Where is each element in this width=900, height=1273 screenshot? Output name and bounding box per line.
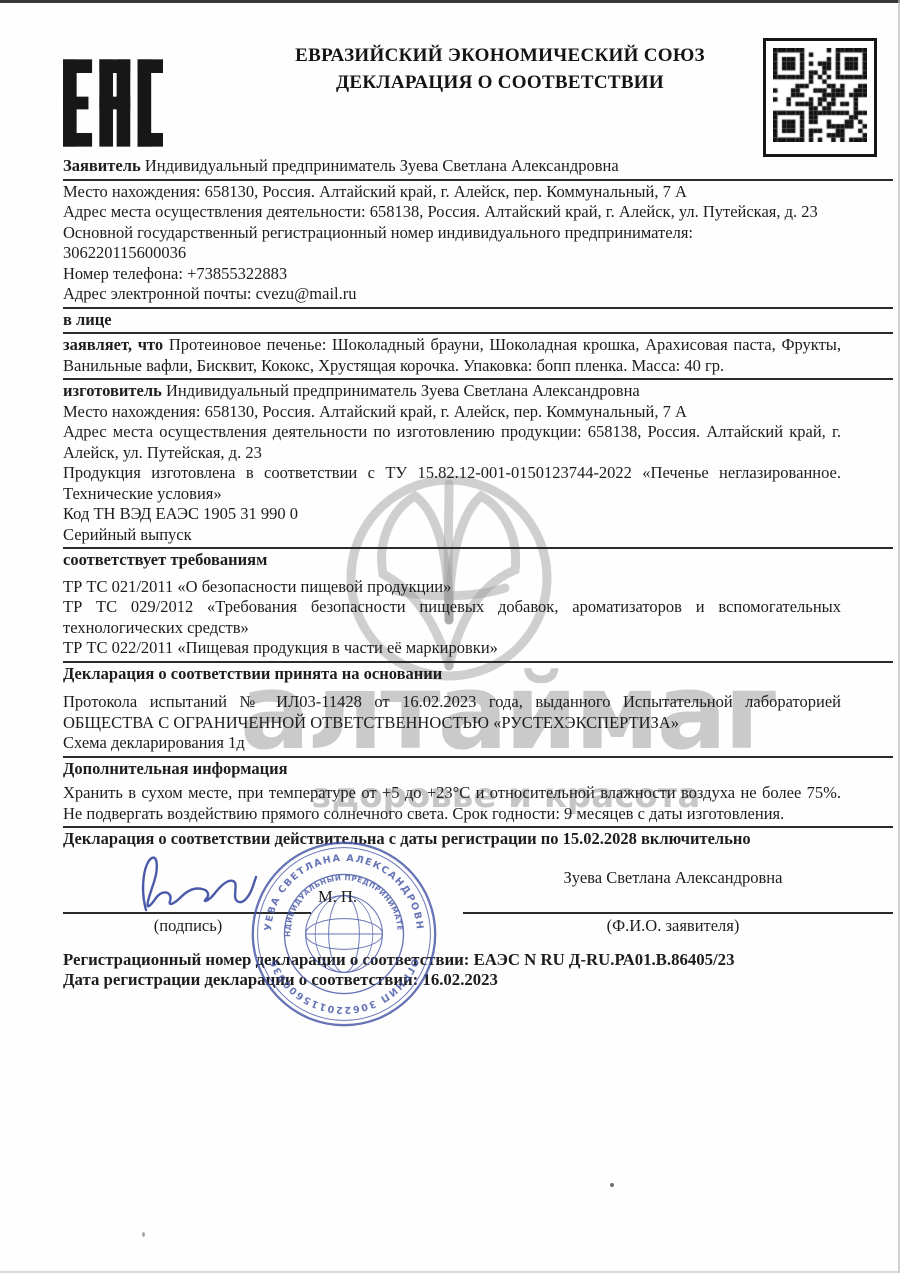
document-title: ЕВРАЗИЙСКИЙ ЭКОНОМИЧЕСКИЙ СОЮЗ ДЕКЛАРАЦИ… <box>210 42 790 96</box>
validity-line: Декларация о соответствии действительна … <box>63 829 893 850</box>
stamp-place-label: М. П. <box>318 887 357 908</box>
divider <box>63 547 893 549</box>
qr-code <box>773 48 867 142</box>
spacer <box>63 684 893 692</box>
divider <box>63 307 893 309</box>
qr-code-frame <box>763 38 877 157</box>
divider <box>63 378 893 380</box>
additional-info-text: Хранить в сухом месте, при температуре о… <box>63 783 893 824</box>
tnved-code-line: Код ТН ВЭД ЕАЭС 1905 31 990 0 <box>63 504 893 525</box>
divider <box>63 756 893 758</box>
complies-label: соответствует требованиям <box>63 550 893 571</box>
manufacturer-line: изготовитель Индивидуальный предпринимат… <box>63 381 893 402</box>
applicant-phone: Номер телефона: +73855322883 <box>63 264 893 285</box>
signature-scribble <box>128 848 288 920</box>
applicant-line: Заявитель Индивидуальный предприниматель… <box>63 156 893 177</box>
divider <box>63 661 893 663</box>
serial-issue-line: Серийный выпуск <box>63 525 893 546</box>
manufacturer-location: Место нахождения: 658130, Россия. Алтайс… <box>63 402 893 423</box>
additional-info-label: Дополнительная информация <box>63 759 893 780</box>
divider <box>63 332 893 334</box>
basis-label: Декларация о соответствии принята на осн… <box>63 664 893 685</box>
ogrn-label: Основной государственный регистрационный… <box>63 223 893 244</box>
applicant-location: Место нахождения: 658130, Россия. Алтайс… <box>63 182 893 203</box>
ogrn-value: 306220115600036 <box>63 243 893 264</box>
basis-scheme: Схема декларирования 1д <box>63 733 893 754</box>
divider <box>63 826 893 828</box>
registration-number-line: Регистрационный номер декларации о соотв… <box>63 950 893 971</box>
manufacturer-activity-address: Адрес места осуществления деятельности п… <box>63 422 893 463</box>
declares-label: заявляет, что <box>63 335 163 354</box>
registration-date-line: Дата регистрации декларации о соответств… <box>63 970 893 991</box>
applicant-activity-address: Адрес места осуществления деятельности: … <box>63 202 893 223</box>
applicant-value: Индивидуальный предприниматель Зуева Све… <box>145 156 619 175</box>
fio-caption: (Ф.И.О. заявителя) <box>463 916 883 937</box>
tr-ts-021: ТР ТС 021/2011 «О безопасности пищевой п… <box>63 577 893 598</box>
svg-text:ОГРНИП 306220115600036: ОГРНИП 306220115600036 <box>268 956 421 1014</box>
stamp-ring-bottom-text: ОГРНИП 306220115600036 <box>268 956 421 1014</box>
scan-speck <box>610 1183 614 1187</box>
manufacturer-tu-line: Продукция изготовлена в соответствии с Т… <box>63 463 893 504</box>
eac-mark-icon <box>63 55 163 151</box>
applicant-label: Заявитель <box>63 156 141 175</box>
applicant-email: Адрес электронной почты: cvezu@mail.ru <box>63 284 893 305</box>
document-body: Заявитель Индивидуальный предприниматель… <box>63 156 893 991</box>
basis-protocol: Протокола испытаний № ИЛ03-11428 от 16.0… <box>63 692 893 733</box>
manufacturer-label: изготовитель <box>63 381 162 400</box>
tr-ts-029: ТР ТС 029/2012 «Требования безопасности … <box>63 597 893 638</box>
divider <box>63 179 893 181</box>
title-line-1: ЕВРАЗИЙСКИЙ ЭКОНОМИЧЕСКИЙ СОЮЗ <box>210 42 790 69</box>
document-page: алтаймаг здоровье и красота ЕВРАЗИЙСКИЙ … <box>0 0 900 1273</box>
fio-line <box>463 912 893 914</box>
title-line-2: ДЕКЛАРАЦИЯ О СООТВЕТСТВИИ <box>210 69 790 96</box>
signature-area: ЗУЕВА СВЕТЛАНА АЛЕКСАНДРОВНА ОГРНИП 3062… <box>63 854 893 950</box>
in-person-label: в лице <box>63 310 893 331</box>
scan-speck <box>142 1232 145 1237</box>
scan-edge-top <box>0 0 900 3</box>
declares-value: Протеиновое печенье: Шоколадный брауни, … <box>63 335 841 375</box>
manufacturer-value: Индивидуальный предприниматель Зуева Све… <box>166 381 640 400</box>
applicant-fio: Зуева Светлана Александровна <box>463 868 883 889</box>
tr-ts-022: ТР ТС 022/2011 «Пищевая продукция в част… <box>63 638 893 659</box>
declares-line: заявляет, что Протеиновое печенье: Шокол… <box>63 335 893 376</box>
